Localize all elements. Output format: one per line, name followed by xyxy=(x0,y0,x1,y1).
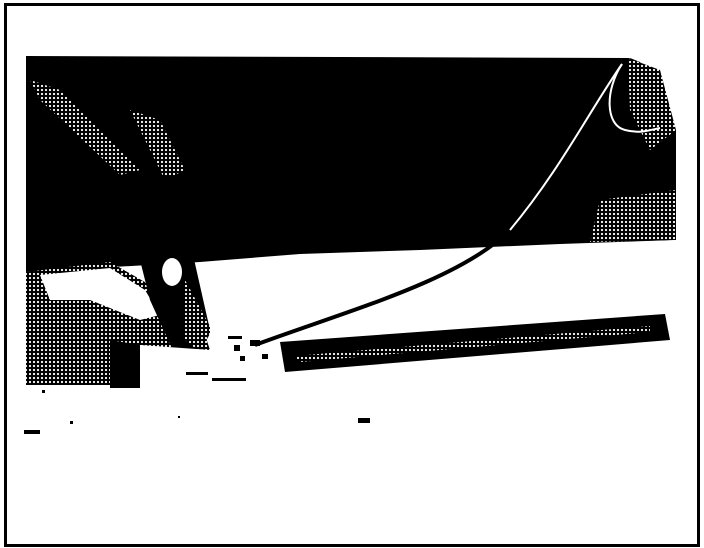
halftone-photo xyxy=(0,0,704,548)
